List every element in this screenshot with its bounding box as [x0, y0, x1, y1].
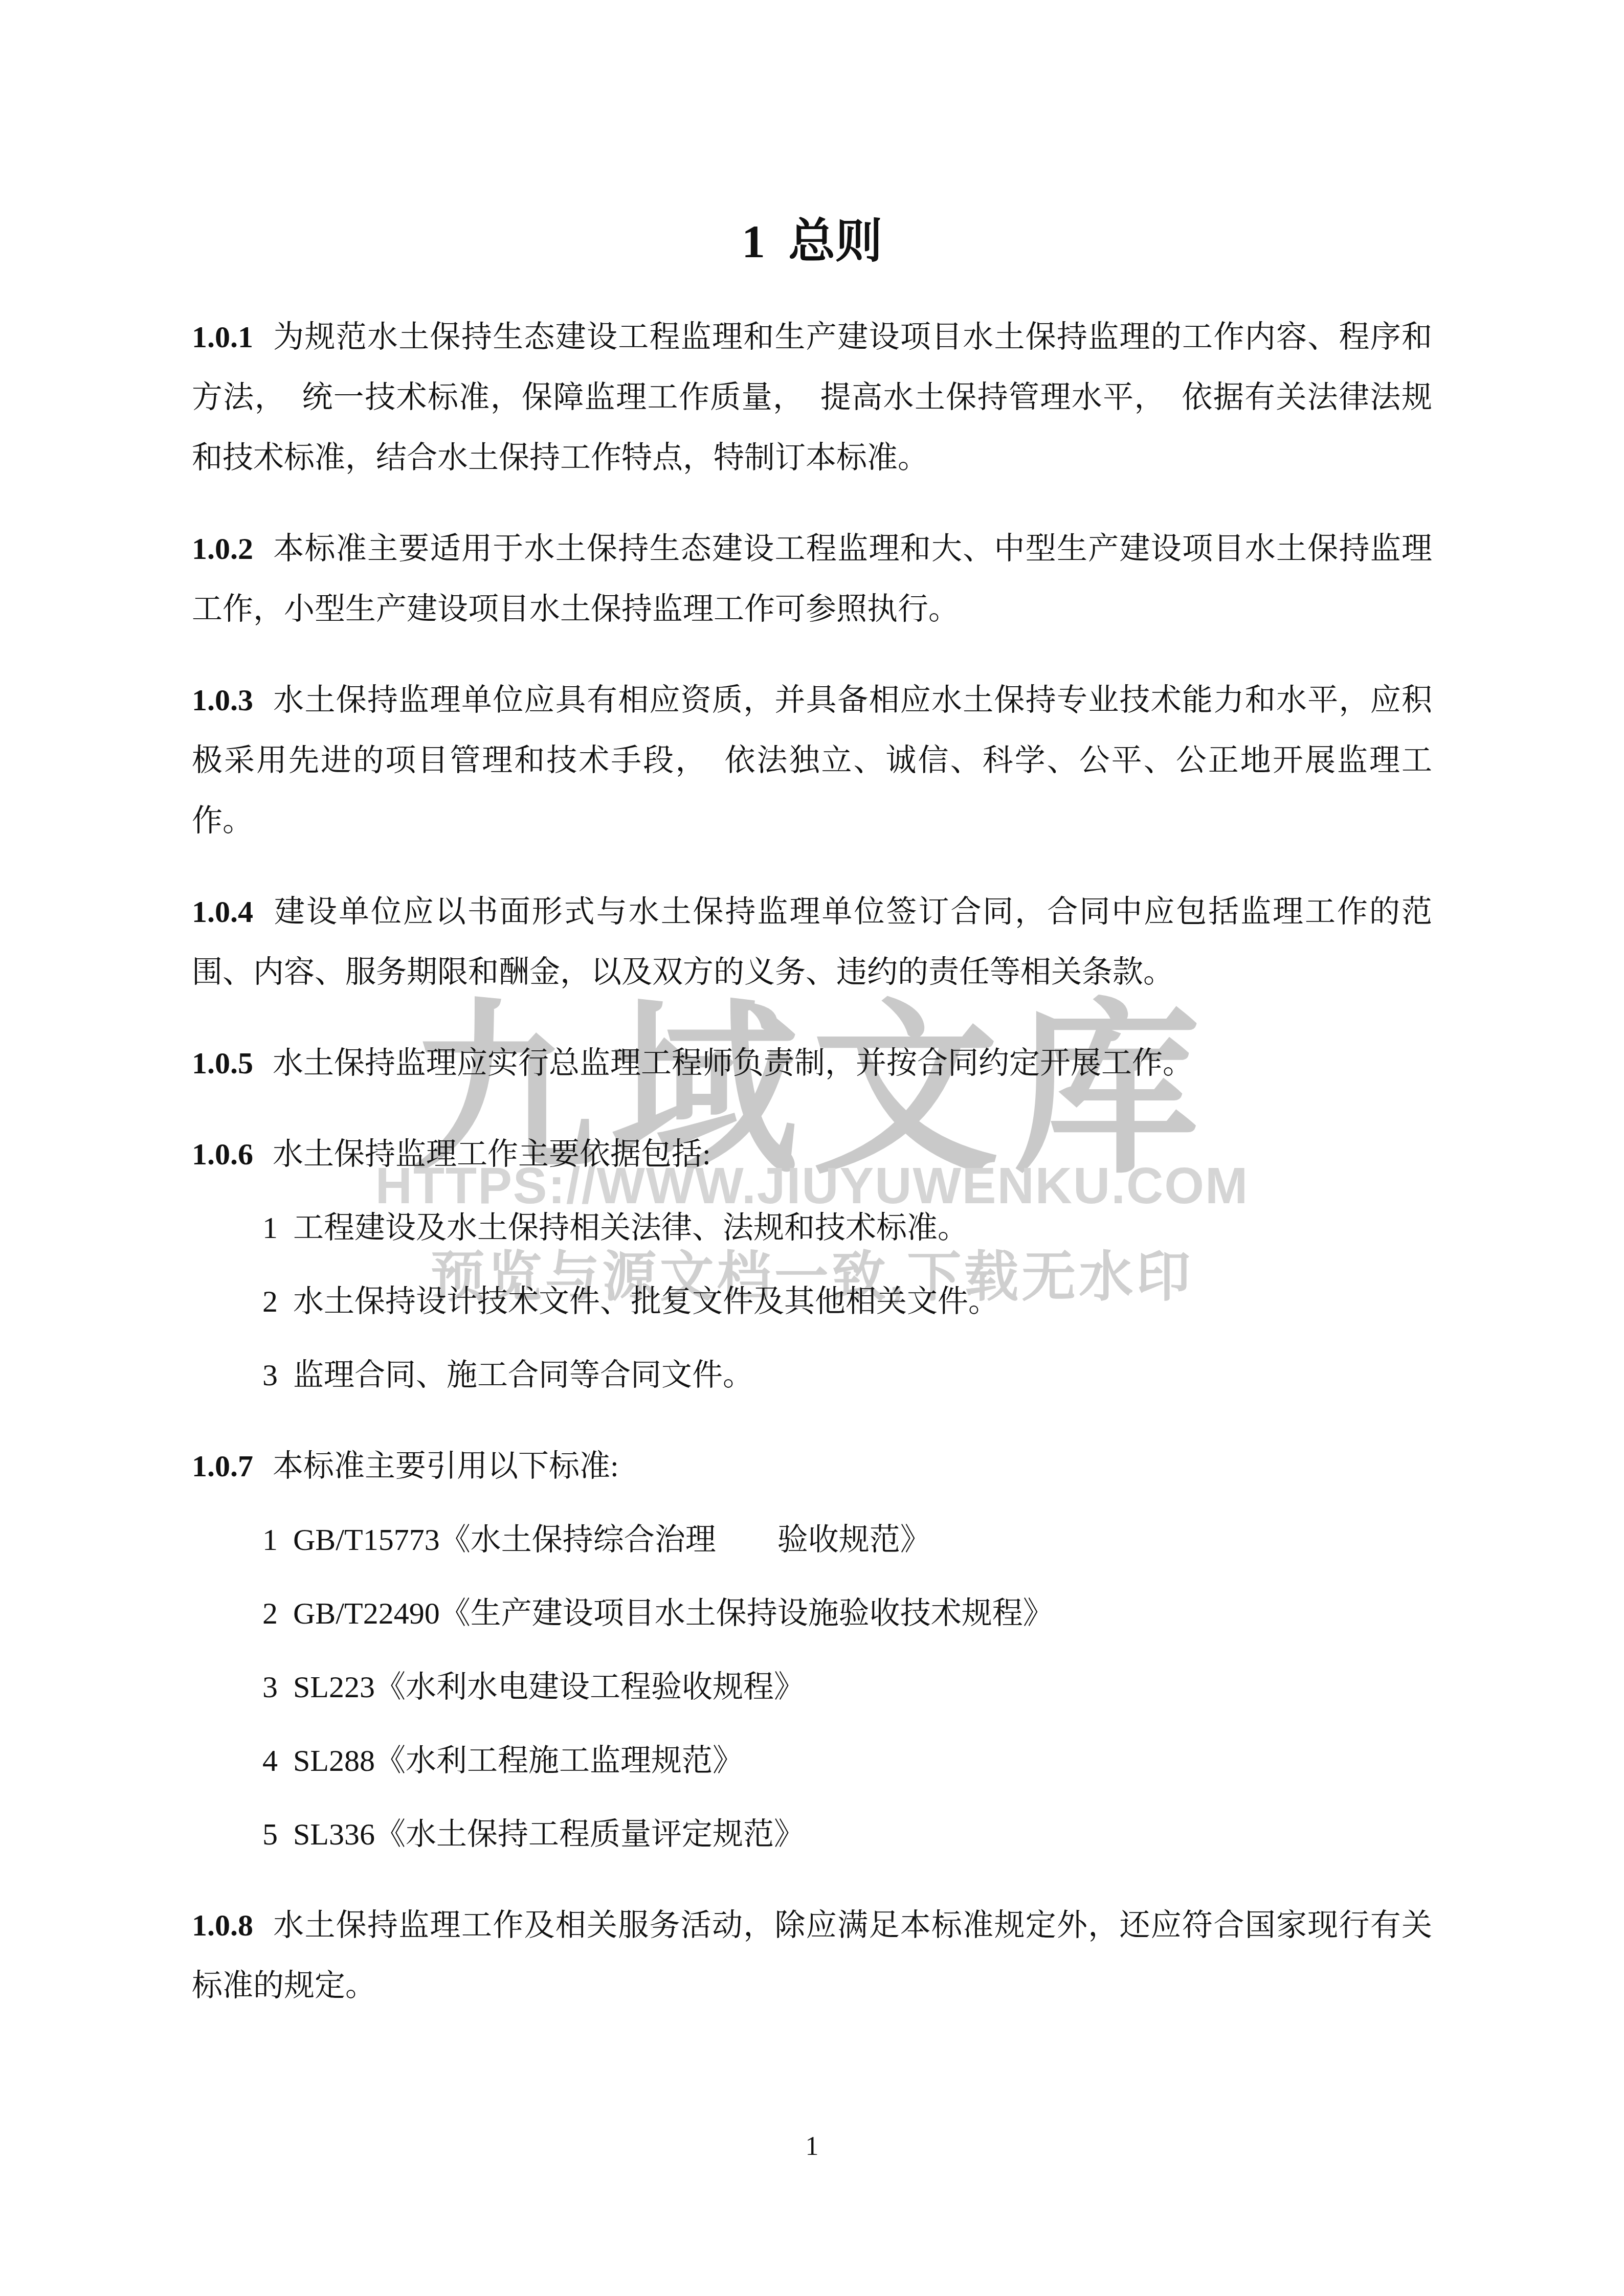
list-item: 5SL336《水土保持工程质量评定规范》 — [192, 1804, 1432, 1864]
list-item: 1工程建设及水土保持相关法律、法规和技术标准。 — [192, 1198, 1432, 1258]
list-item-number: 4 — [262, 1744, 278, 1777]
list-item-number: 5 — [262, 1817, 278, 1851]
list-item-text: GB/T15773《水土保持综合治理 验收规范》 — [293, 1523, 931, 1557]
paragraph-text: 水土保持监理工作主要依据包括: — [273, 1137, 711, 1171]
list-item: 2GB/T22490《生产建设项目水土保持设施验收技术规程》 — [192, 1583, 1432, 1644]
paragraph-1-0-7: 1.0.7本标准主要引用以下标准: — [192, 1436, 1432, 1496]
paragraph-text: 水土保持监理单位应具有相应资质，并具备相应水土保持专业技术能力和水平，应积极采用… — [192, 683, 1432, 838]
document-page: 九域文库 HTTPS://WWW.JIUYUWENKU.COM 预览与源文档一致… — [0, 0, 1624, 2296]
list-item-number: 2 — [262, 1596, 278, 1630]
paragraph-1-0-3: 1.0.3水土保持监理单位应具有相应资质，并具备相应水土保持专业技术能力和水平，… — [192, 670, 1432, 851]
list-item-text: SL336《水土保持工程质量评定规范》 — [293, 1817, 805, 1851]
list-item-number: 1 — [262, 1523, 278, 1557]
paragraph-number: 1.0.4 — [192, 895, 253, 929]
paragraph-text: 建设单位应以书面形式与水土保持监理单位签订合同，合同中应包括监理工作的范围、内容… — [192, 895, 1432, 989]
paragraph-1-0-8: 1.0.8水土保持监理工作及相关服务活动，除应满足本标准规定外，还应符合国家现行… — [192, 1895, 1432, 2016]
paragraph-1-0-1: 1.0.1为规范水土保持生态建设工程监理和生产建设项目水土保持监理的工作内容、程… — [192, 307, 1432, 488]
paragraph-number: 1.0.7 — [192, 1449, 253, 1483]
list-item-text: 监理合同、施工合同等合同文件。 — [293, 1358, 753, 1392]
list-item-text: 工程建设及水土保持相关法律、法规和技术标准。 — [293, 1211, 968, 1245]
list-item-text: SL223《水利水电建设工程验收规程》 — [293, 1670, 805, 1704]
list-item: 4SL288《水利工程施工监理规范》 — [192, 1730, 1432, 1791]
page-number: 1 — [0, 2131, 1624, 2162]
list-item-text: GB/T22490《生产建设项目水土保持设施验收技术规程》 — [293, 1596, 1054, 1630]
paragraph-number: 1.0.5 — [192, 1046, 253, 1080]
paragraph-text: 本标准主要适用于水土保持生态建设工程监理和大、中型生产建设项目水土保持监理工作，… — [192, 532, 1432, 626]
list-item: 2水土保持设计技术文件、批复文件及其他相关文件。 — [192, 1271, 1432, 1332]
list-item-number: 3 — [262, 1358, 278, 1392]
list-item: 3监理合同、施工合同等合同文件。 — [192, 1345, 1432, 1405]
paragraph-1-0-6: 1.0.6水土保持监理工作主要依据包括: — [192, 1124, 1432, 1184]
list-item-text: SL288《水利工程施工监理规范》 — [293, 1744, 743, 1777]
list-item: 1GB/T15773《水土保持综合治理 验收规范》 — [192, 1510, 1432, 1570]
paragraph-number: 1.0.1 — [192, 320, 253, 354]
list-item: 3SL223《水利水电建设工程验收规程》 — [192, 1657, 1432, 1717]
paragraph-1-0-4: 1.0.4建设单位应以书面形式与水土保持监理单位签订合同，合同中应包括监理工作的… — [192, 882, 1432, 1002]
paragraph-number: 1.0.3 — [192, 683, 253, 717]
list-item-text: 水土保持设计技术文件、批复文件及其他相关文件。 — [293, 1285, 999, 1318]
paragraph-text: 本标准主要引用以下标准: — [273, 1449, 619, 1483]
paragraph-1-0-5: 1.0.5水土保持监理应实行总监理工程师负责制，并按合同约定开展工作。 — [192, 1033, 1432, 1093]
page-title: 1 总则 — [0, 204, 1624, 271]
document-body: 1.0.1为规范水土保持生态建设工程监理和生产建设项目水土保持监理的工作内容、程… — [192, 307, 1432, 2016]
list-item-number: 1 — [262, 1211, 278, 1245]
paragraph-1-0-2: 1.0.2本标准主要适用于水土保持生态建设工程监理和大、中型生产建设项目水土保持… — [192, 519, 1432, 639]
paragraph-number: 1.0.2 — [192, 532, 253, 566]
paragraph-text: 为规范水土保持生态建设工程监理和生产建设项目水土保持监理的工作内容、程序和方法，… — [192, 320, 1432, 475]
paragraph-text: 水土保持监理工作及相关服务活动，除应满足本标准规定外，还应符合国家现行有关标准的… — [192, 1908, 1432, 2002]
paragraph-text: 水土保持监理应实行总监理工程师负责制，并按合同约定开展工作。 — [273, 1046, 1193, 1080]
paragraph-number: 1.0.6 — [192, 1137, 253, 1171]
paragraph-number: 1.0.8 — [192, 1908, 253, 1942]
list-item-number: 2 — [262, 1285, 278, 1318]
list-item-number: 3 — [262, 1670, 278, 1704]
